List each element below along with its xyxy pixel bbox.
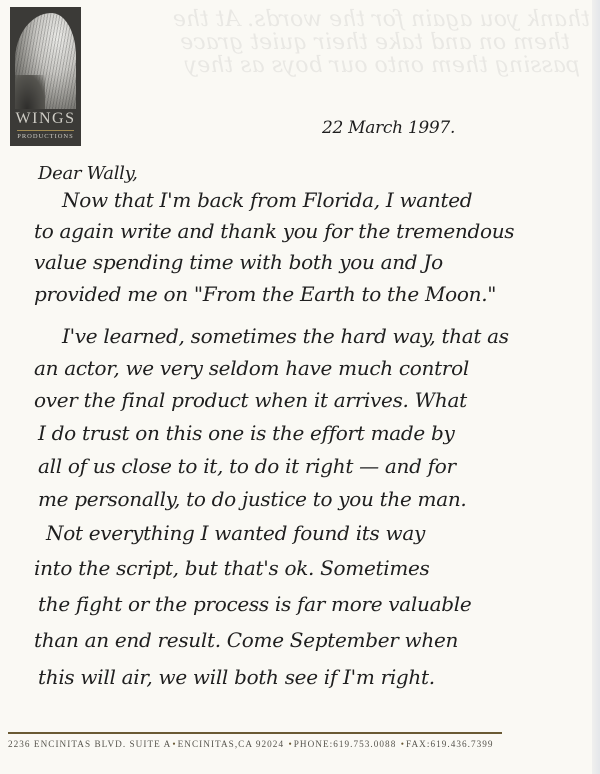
- letter-line: I do trust on this one is the effort mad…: [38, 421, 454, 445]
- letter-line: Now that I'm back from Florida, I wanted: [62, 188, 472, 212]
- letter-line: I've learned, sometimes the hard way, th…: [62, 324, 509, 348]
- letter-line: into the script, but that's ok. Sometime…: [34, 556, 430, 580]
- letter-line: to again write and thank you for the tre…: [34, 219, 514, 243]
- logo-title: WINGS: [10, 111, 81, 127]
- letter-line: than an end result. Come September when: [34, 628, 458, 652]
- letter-line: me personally, to do justice to you the …: [38, 487, 466, 511]
- letter-line: provided me on "From the Earth to the Mo…: [34, 282, 496, 306]
- letter-line: over the final product when it arrives. …: [34, 388, 467, 412]
- footer-fax: FAX:619.436.7399: [406, 739, 494, 749]
- bleed-line: thank you again for the words. At the: [120, 8, 590, 31]
- bleed-line: them on and take their quiet grace: [120, 31, 590, 54]
- letter-page: thank you again for the words. At the th…: [0, 0, 592, 774]
- bleed-through-text: thank you again for the words. At the th…: [120, 8, 590, 77]
- letter-salutation: Dear Wally,: [38, 163, 138, 184]
- letter-line: all of us close to it, to do it right — …: [38, 454, 456, 478]
- logo-subtitle: PRODUCTIONS: [10, 133, 81, 141]
- letter-date: 22 March 1997.: [322, 118, 455, 138]
- letter-line: Not everything I wanted found its way: [46, 521, 425, 545]
- footer-city: ENCINITAS,CA 92024: [178, 739, 284, 749]
- letterhead-footer: 2236 ENCINITAS BLVD. SUITE A•ENCINITAS,C…: [8, 739, 502, 749]
- angel-wing-icon: [15, 13, 76, 109]
- footer-address: 2236 ENCINITAS BLVD. SUITE A: [8, 739, 171, 749]
- letter-line: an actor, we very seldom have much contr…: [34, 356, 469, 380]
- letter-line: the fight or the process is far more val…: [38, 592, 471, 616]
- letter-line: value spending time with both you and Jo: [34, 250, 443, 274]
- page-edge: [592, 0, 600, 774]
- footer-rule: [8, 732, 502, 734]
- letter-line: this will air, we will both see if I'm r…: [38, 665, 435, 689]
- bleed-line: passing them onto our boys as they: [120, 54, 590, 77]
- footer-phone: PHONE:619.753.0088: [294, 739, 397, 749]
- logo-divider: [17, 130, 74, 131]
- wings-productions-logo: WINGS PRODUCTIONS: [10, 7, 81, 146]
